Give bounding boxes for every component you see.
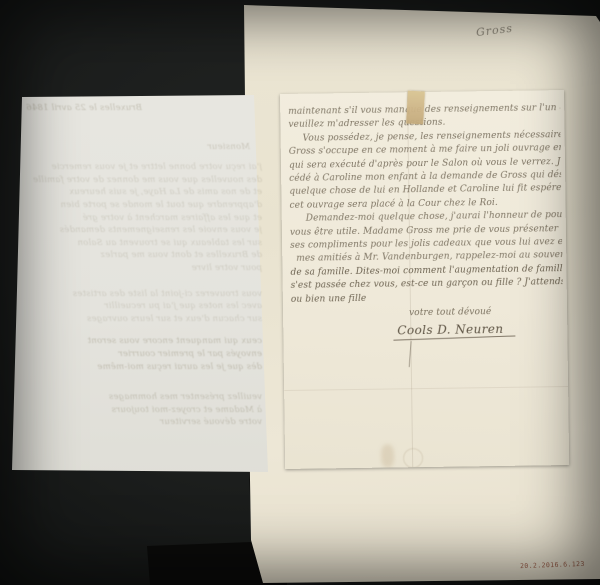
verso-body-lines: j'ai reçu votre bonne lettre et je vous … [20, 161, 262, 429]
letter-lines: maintenant s'il vous manque des renseign… [288, 102, 563, 307]
verso-line: de Bruxelles et dont vous me parlez [20, 249, 262, 262]
manuscript-photograph: Bruxelles le 25 avril 1846 Monsieur j'ai… [0, 0, 600, 585]
letter-signature: Cools D. Neuren [397, 322, 563, 338]
verso-line: j'ai reçu votre bonne lettre et je vous … [20, 161, 262, 174]
verso-line: ceux qui manquent encore vous seront [20, 335, 262, 348]
letter-closing: votre tout dévoué [409, 305, 563, 321]
tape-repair [406, 91, 425, 125]
verso-line: des nouvelles que vous me donnez de votr… [20, 174, 262, 187]
signature-paraph-flourish [409, 341, 414, 367]
verso-line: veuillez présenter mes hommages [20, 391, 262, 404]
verso-line: sur chacun d'eux et sur leurs ouvrages [20, 313, 262, 326]
verso-line: et de nos amis de La Haye, je suis heure… [20, 186, 262, 199]
verso-line: je vous envoie les renseignements demand… [20, 224, 262, 237]
verso-line: vous trouverez ci-joint la liste des art… [20, 288, 262, 301]
verso-line: pour votre livre [20, 262, 262, 275]
letter-body-text: maintenant s'il vous manque des renseign… [288, 102, 564, 369]
verso-line: à Madame et croyez-moi toujours [20, 404, 262, 417]
verso-line: envoyés par le premier courrier [20, 348, 262, 361]
horizontal-fold-crease [284, 386, 568, 391]
verso-line: sur les tableaux qui se trouvent au Salo… [20, 237, 262, 250]
verso-line: et que les affaires marchent à votre gré [20, 212, 262, 225]
verso-dateline: Bruxelles le 25 avril 1846 [20, 102, 262, 115]
verso-line: votre dévoué serviteur [20, 416, 262, 429]
verso-line: d'apprendre que tout le monde se porte b… [20, 199, 262, 212]
faint-stamp-mark [403, 448, 423, 468]
letter-line: ou bien une fille [291, 290, 563, 307]
ink-stain [381, 444, 394, 467]
verso-line: dès que je les aurai reçus moi-même [20, 361, 262, 374]
verso-salutation: Monsieur [20, 141, 250, 154]
letter-page: maintenant s'il vous manque des renseign… [280, 90, 569, 469]
verso-line: avec les notes que j'ai pu recueillir [20, 300, 262, 313]
verso-showthrough-text: Bruxelles le 25 avril 1846 Monsieur j'ai… [20, 102, 262, 468]
